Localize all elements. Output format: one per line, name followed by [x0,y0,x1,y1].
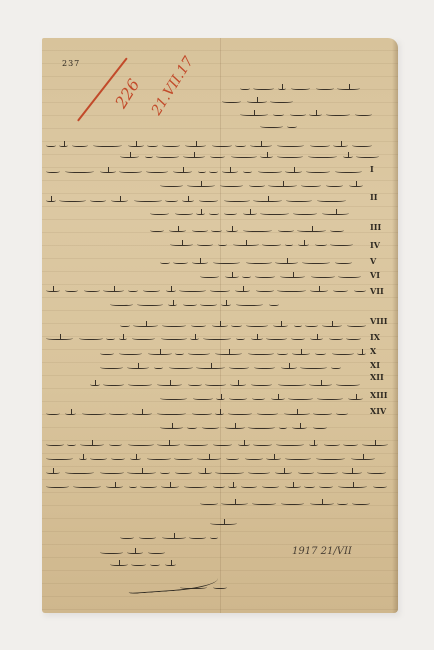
handwritten-line [46,409,368,417]
handwritten-line [46,141,382,149]
section-marker: XII [370,372,384,382]
section-marker: II [370,192,377,202]
handwritten-line [200,272,368,280]
handwritten-line [46,482,390,490]
section-marker: VI [370,270,380,280]
section-marker: VIII [370,316,387,326]
section-marker: IV [370,240,380,250]
handwritten-line [46,334,368,342]
handwritten-line [46,196,368,204]
handwritten-line [46,440,390,448]
handwritten-line [110,560,190,568]
closing-date: 1917 21/VII [292,546,352,557]
handwritten-line [160,181,368,189]
handwritten-line [120,533,240,541]
section-marker: XIV [370,406,386,416]
handwritten-line [90,380,368,388]
section-marker: VII [370,286,384,296]
section-marker: III [370,222,381,232]
handwritten-line [260,122,320,130]
section-marker: X [370,346,376,356]
section-marker: V [370,256,376,266]
handwritten-line [100,548,180,556]
handwritten-line [160,423,330,431]
handwritten-line [46,286,368,294]
handwritten-line [240,110,380,118]
paper-edge [392,38,398,613]
handwritten-line [160,258,368,266]
handwritten-line [160,394,368,402]
handwritten-line [210,519,250,527]
handwritten-line [120,321,368,329]
handwritten-line [120,152,382,160]
handwritten-line [222,97,300,105]
handwritten-line [100,363,368,371]
handwritten-line [150,226,368,234]
handwritten-line [240,84,380,92]
section-marker: IX [370,332,380,342]
handwritten-line [110,300,300,308]
section-marker: XIII [370,390,387,400]
handwritten-line [100,349,368,357]
section-marker: XI [370,360,380,370]
page-number: 237 [62,59,80,68]
handwritten-line [46,468,390,476]
handwritten-line [150,209,360,217]
handwritten-line [170,240,368,248]
handwritten-line [200,499,370,507]
handwritten-line [46,454,390,462]
handwritten-line [46,167,368,175]
section-marker: I [370,164,374,174]
